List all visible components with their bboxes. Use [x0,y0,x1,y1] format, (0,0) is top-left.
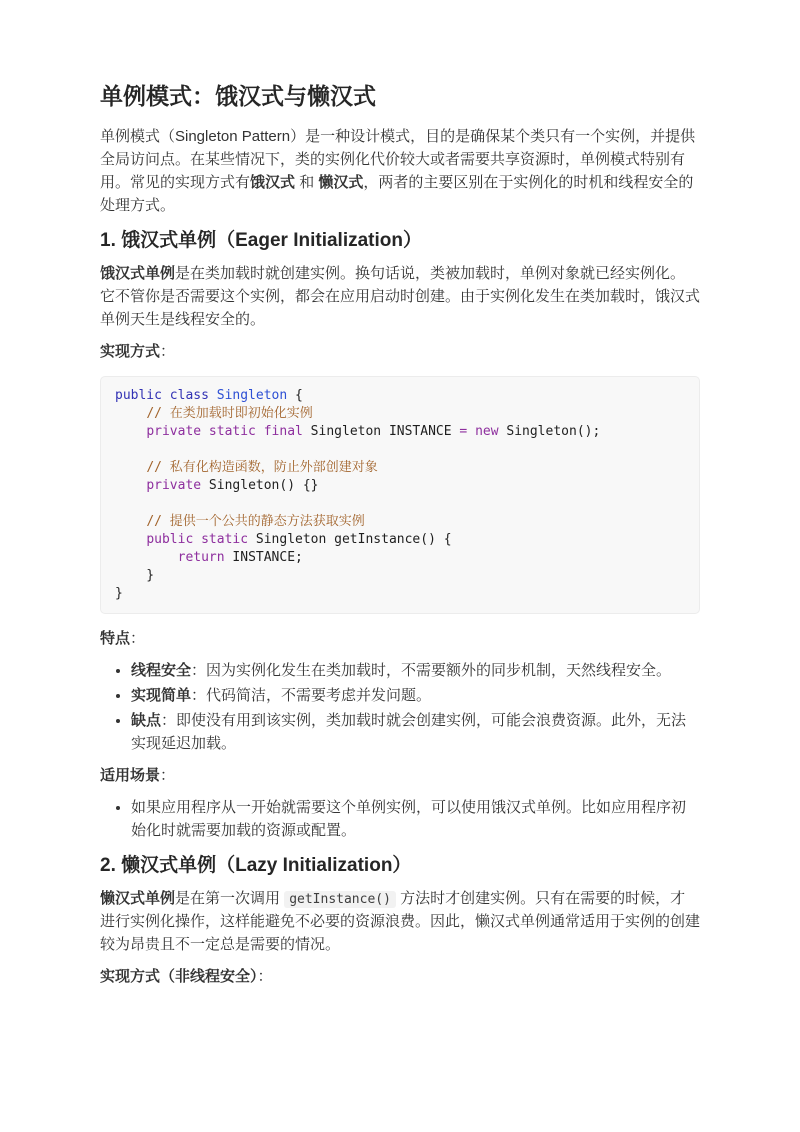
code-token-cmt: // 私有化构造函数，防止外部创建对象 [146,460,377,475]
text-run: 1. 饿汉式单例（Eager Initialization） [100,230,422,251]
code-token: Singleton getInstance() { [248,532,452,547]
list-item: 缺点：即使没有用到该实例，类加载时就会创建实例，可能会浪费资源。此外，无法实现延… [131,710,700,756]
code-token-kw: return [178,550,225,565]
bold-text-run: 特点 [100,630,130,647]
code-token [115,424,146,439]
code-token: Singleton(); [499,424,601,439]
code-token-kw: private [146,478,201,493]
list-item: 线程安全：因为实例化发生在类加载时，不需要额外的同步机制，天然线程安全。 [131,660,700,683]
code-line: } [115,585,685,603]
text-run: 是在第一次调用 [175,890,284,907]
bold-text-run: 适用场景 [100,767,160,784]
implementation-unsafe-label: 实现方式（非线程安全）： [100,966,700,989]
bold-text-run: 线程安全 [131,662,191,679]
code-token [115,514,146,529]
code-token [115,532,146,547]
code-line: // 提供一个公共的静态方法获取实例 [115,513,685,531]
bold-text-run: 饿汉式单例 [100,265,175,282]
bold-text-run: 懒汉式 [318,174,363,191]
bold-text-run: 懒汉式单例 [100,890,175,907]
code-token [115,478,146,493]
text-run: ：即使没有用到该实例，类加载时就会创建实例，可能会浪费资源。此外，无法实现延迟加… [131,712,686,752]
text-run: ：代码简洁，不需要考虑并发问题。 [191,687,431,704]
use-case-label: 适用场景： [100,765,700,788]
code-token: Singleton() {} [201,478,318,493]
code-line: private Singleton() {} [115,477,685,495]
use-case-list: 如果应用程序从一开始就需要这个单例实例，可以使用饿汉式单例。比如应用程序初始化时… [100,797,700,843]
code-token-cmt: // 在类加载时即初始化实例 [146,406,312,421]
bold-text-run: 缺点 [131,712,161,729]
text-run: 和 [295,174,318,191]
code-token: { [287,388,303,403]
list-item: 如果应用程序从一开始就需要这个单例实例，可以使用饿汉式单例。比如应用程序初始化时… [131,797,700,843]
code-token: Singleton INSTANCE [303,424,460,439]
code-line: return INSTANCE; [115,549,685,567]
code-line: } [115,567,685,585]
section-heading-lazy: 2. 懒汉式单例（Lazy Initialization） [100,853,700,879]
code-token-cmt: // 提供一个公共的静态方法获取实例 [146,514,364,529]
code-token [115,460,146,475]
eager-singleton-code-block: public class Singleton { // 在类加载时即初始化实例 … [100,376,700,614]
list-item: 实现简单：代码简洁，不需要考虑并发问题。 [131,685,700,708]
code-line [115,441,685,459]
features-list: 线程安全：因为实例化发生在类加载时，不需要额外的同步机制，天然线程安全。实现简单… [100,660,700,756]
text-run: 2. 懒汉式单例（Lazy Initialization） [100,855,411,876]
text-run: ： [160,767,175,784]
text-run: 如果应用程序从一开始就需要这个单例实例，可以使用饿汉式单例。比如应用程序初始化时… [131,799,686,839]
code-line: private static final Singleton INSTANCE … [115,423,685,441]
text-run: ： [130,630,145,647]
code-token: } [115,586,123,601]
code-line: public static Singleton getInstance() { [115,531,685,549]
text-run: ： [258,968,273,985]
inline-code: getInstance() [284,891,396,908]
bold-text-run: 饿汉式 [250,174,295,191]
code-token-kw: new [475,424,498,439]
text-run: ： [160,343,175,360]
code-line: // 在类加载时即初始化实例 [115,405,685,423]
bold-text-run: 实现方式（非线程安全） [100,968,258,985]
document-body: 单例模式（Singleton Pattern）是一种设计模式，目的是确保某个类只… [100,126,700,989]
text-run: ：因为实例化发生在类加载时，不需要额外的同步机制，天然线程安全。 [191,662,671,679]
lazy-description-paragraph: 懒汉式单例是在第一次调用 getInstance() 方法时才创建实例。只有在需… [100,888,700,957]
code-token [115,550,178,565]
code-line [115,495,685,513]
code-line: public class Singleton { [115,387,685,405]
section-heading-eager: 1. 饿汉式单例（Eager Initialization） [100,228,700,254]
code-token-kw: private static final [146,424,303,439]
code-token: INSTANCE; [225,550,303,565]
features-label: 特点： [100,628,700,651]
code-token: } [115,568,154,583]
text-run: 是在类加载时就创建实例。换句话说，类被加载时，单例对象就已经实例化。它不管你是否… [100,265,700,328]
bold-text-run: 实现方式 [100,343,160,360]
code-token-ttl: Singleton [217,388,287,403]
intro-paragraph: 单例模式（Singleton Pattern）是一种设计模式，目的是确保某个类只… [100,126,700,218]
document-page: 单例模式：饿汉式与懒汉式 单例模式（Singleton Pattern）是一种设… [0,0,800,1132]
code-line: // 私有化构造函数，防止外部创建对象 [115,459,685,477]
implementation-label: 实现方式： [100,341,700,364]
code-token-kw: public static [146,532,248,547]
eager-description-paragraph: 饿汉式单例是在类加载时就创建实例。换句话说，类被加载时，单例对象就已经实例化。它… [100,263,700,332]
bold-text-run: 实现简单 [131,687,191,704]
code-token-kwb: public class [115,388,217,403]
page-title: 单例模式：饿汉式与懒汉式 [100,82,700,112]
code-token [115,406,146,421]
code-token [467,424,475,439]
